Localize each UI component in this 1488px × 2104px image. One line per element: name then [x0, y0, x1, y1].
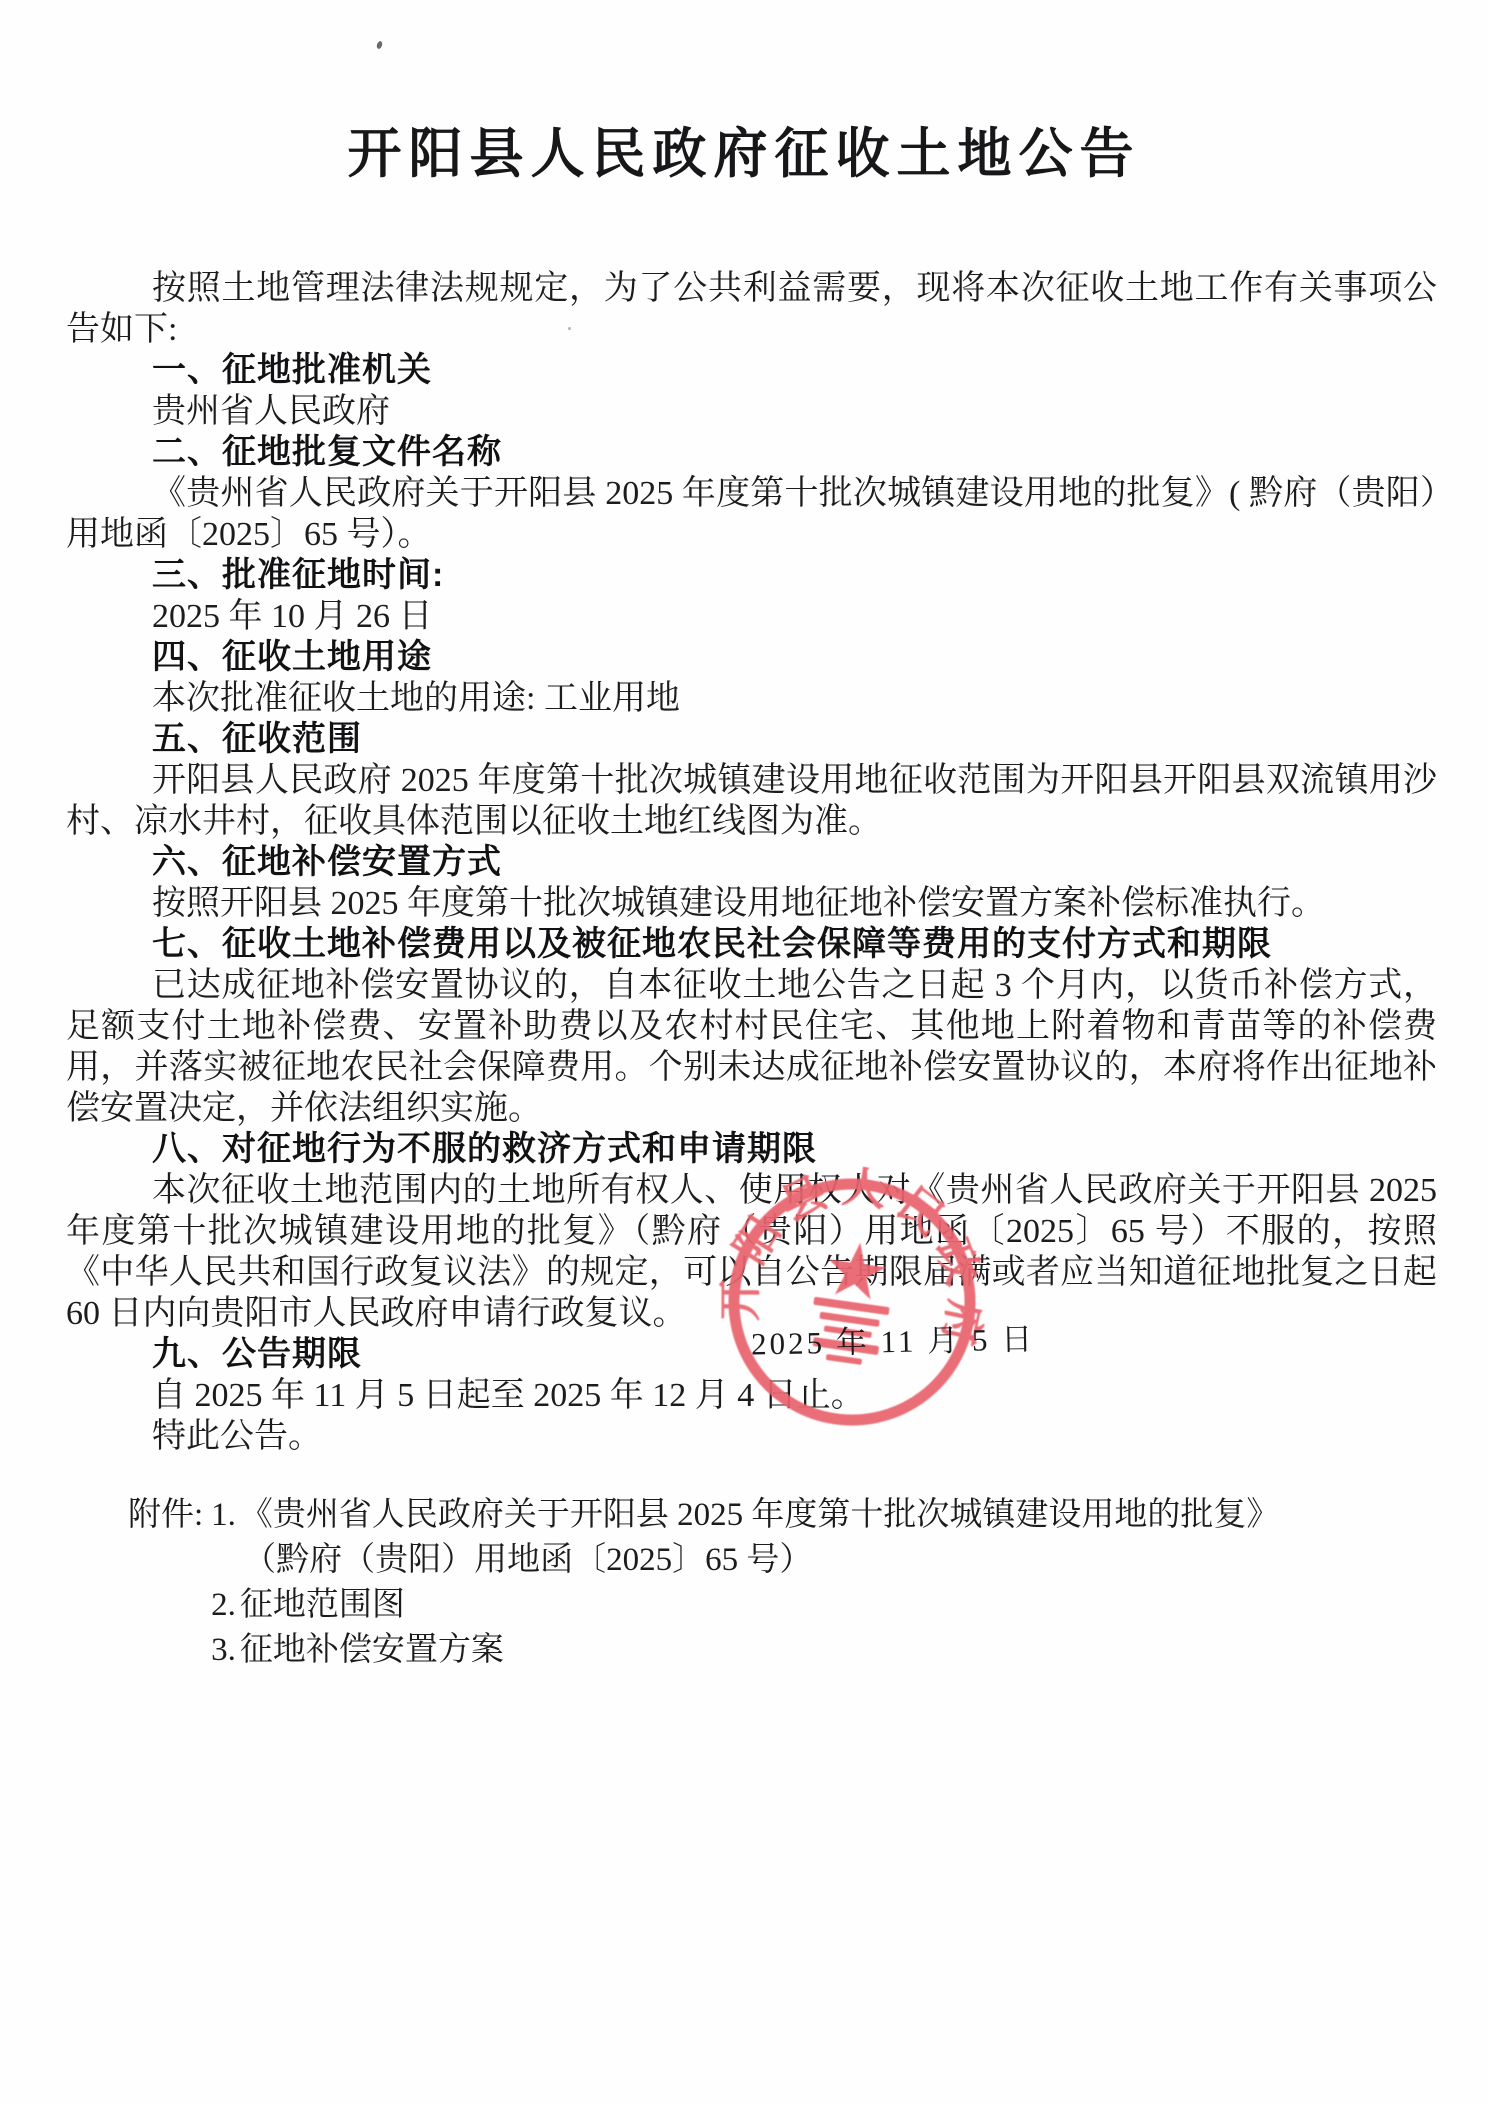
paragraph: 三、批准征地时间: — [66, 555, 1437, 596]
paragraph: 本次批准征收土地的用途: 工业用地 — [66, 678, 1437, 719]
attachment-item: 1.《贵州省人民政府关于开阳县 2025 年度第十批次城镇建设用地的批复》（黔府… — [211, 1493, 1308, 1583]
paragraph: 2025 年 10 月 26 日 — [66, 596, 1437, 637]
attachments-list: 1.《贵州省人民政府关于开阳县 2025 年度第十批次城镇建设用地的批复》（黔府… — [211, 1493, 1308, 1673]
paragraph-text: 二、征地批复文件名称 — [152, 433, 502, 471]
attachment-title: 《贵州省人民政府关于开阳县 2025 年度第十批次城镇建设用地的批复》 — [240, 1497, 1280, 1533]
paragraph: 六、征地补偿安置方式 — [66, 842, 1437, 883]
attachment-item: 3.征地补偿安置方案 — [211, 1628, 1308, 1673]
paragraph-text: 四、征收土地用途 — [152, 638, 432, 676]
paragraph: 七、征收土地补偿费用以及被征地农民社会保障等费用的支付方式和期限 — [66, 924, 1437, 965]
seal-date: 2025 年 11 月 5 日 — [751, 1314, 1036, 1364]
paragraph: 《贵州省人民政府关于开阳县 2025 年度第十批次城镇建设用地的批复》( 黔府（… — [66, 473, 1437, 555]
paragraph-text: 2025 年 10 月 26 日 — [152, 598, 433, 635]
paragraph: 按照土地管理法律法规规定，为了公共利益需要，现将本次征收土地工作有关事项公告如下… — [66, 268, 1437, 350]
attachment-title: 征地范围图 — [240, 1587, 405, 1623]
attachments-block: 附件: 1.《贵州省人民政府关于开阳县 2025 年度第十批次城镇建设用地的批复… — [128, 1493, 1308, 1673]
paragraph-text: 三、批准征地时间: — [152, 556, 444, 594]
attachment-number: 1. — [211, 1497, 236, 1533]
paragraph-text: 《贵州省人民政府关于开阳县 2025 年度第十批次城镇建设用地的批复》( 黔府（… — [66, 475, 1437, 553]
paragraph-text: 本次批准征收土地的用途: 工业用地 — [152, 680, 680, 717]
paragraph-text: 一、征地批准机关 — [152, 351, 432, 389]
paragraph-text: 九、公告期限 — [152, 1335, 362, 1373]
attachment-subtitle: （黔府（贵阳）用地函〔2025〕65 号） — [211, 1538, 1308, 1583]
paragraph-text: 贵州省人民政府 — [152, 393, 390, 430]
scan-speck — [376, 40, 383, 49]
paragraph: 二、征地批复文件名称 — [66, 432, 1437, 473]
document-title: 开阳县人民政府征收土地公告 — [0, 122, 1488, 186]
attachment-number: 3. — [211, 1632, 236, 1668]
paragraph: 已达成征地补偿安置协议的，自本征收土地公告之日起 3 个月内，以货币补偿方式，足… — [66, 965, 1437, 1129]
paragraph-text: 开阳县人民政府 2025 年度第十批次城镇建设用地征收范围为开阳县开阳县双流镇用… — [66, 762, 1437, 840]
paragraph-text: 特此公告。 — [152, 1418, 322, 1455]
paragraph: 贵州省人民政府 — [66, 391, 1437, 432]
attachments-label: 附件: — [128, 1493, 203, 1538]
attachment-item: 2.征地范围图 — [211, 1583, 1308, 1628]
paragraph: 五、征收范围 — [66, 719, 1437, 760]
government-seal: 开阳县人民政府 — [698, 1148, 1005, 1455]
attachment-title: 征地补偿安置方案 — [240, 1632, 504, 1668]
paragraph: 按照开阳县 2025 年度第十批次城镇建设用地征地补偿安置方案补偿标准执行。 — [66, 883, 1437, 924]
scanned-announcement-page: 开阳县人民政府征收土地公告 按照土地管理法律法规规定，为了公共利益需要，现将本次… — [0, 0, 1488, 2104]
paragraph-text: 按照开阳县 2025 年度第十批次城镇建设用地征地补偿安置方案补偿标准执行。 — [152, 885, 1325, 922]
paragraph: 四、征收土地用途 — [66, 637, 1437, 678]
paragraph: 开阳县人民政府 2025 年度第十批次城镇建设用地征收范围为开阳县开阳县双流镇用… — [66, 760, 1437, 842]
paragraph-text: 已达成征地补偿安置协议的，自本征收土地公告之日起 3 个月内，以货币补偿方式，足… — [66, 967, 1437, 1127]
paragraph: 一、征地批准机关 — [66, 350, 1437, 391]
paragraph-text: 五、征收范围 — [152, 720, 362, 758]
paragraph-text: 六、征地补偿安置方式 — [152, 843, 502, 881]
paragraph-text: 七、征收土地补偿费用以及被征地农民社会保障等费用的支付方式和期限 — [152, 925, 1272, 963]
paragraph-text: 按照土地管理法律法规规定，为了公共利益需要，现将本次征收土地工作有关事项公告如下… — [66, 270, 1437, 348]
paragraph-text: 八、对征地行为不服的救济方式和申请期限 — [152, 1130, 817, 1168]
attachment-number: 2. — [211, 1587, 236, 1623]
